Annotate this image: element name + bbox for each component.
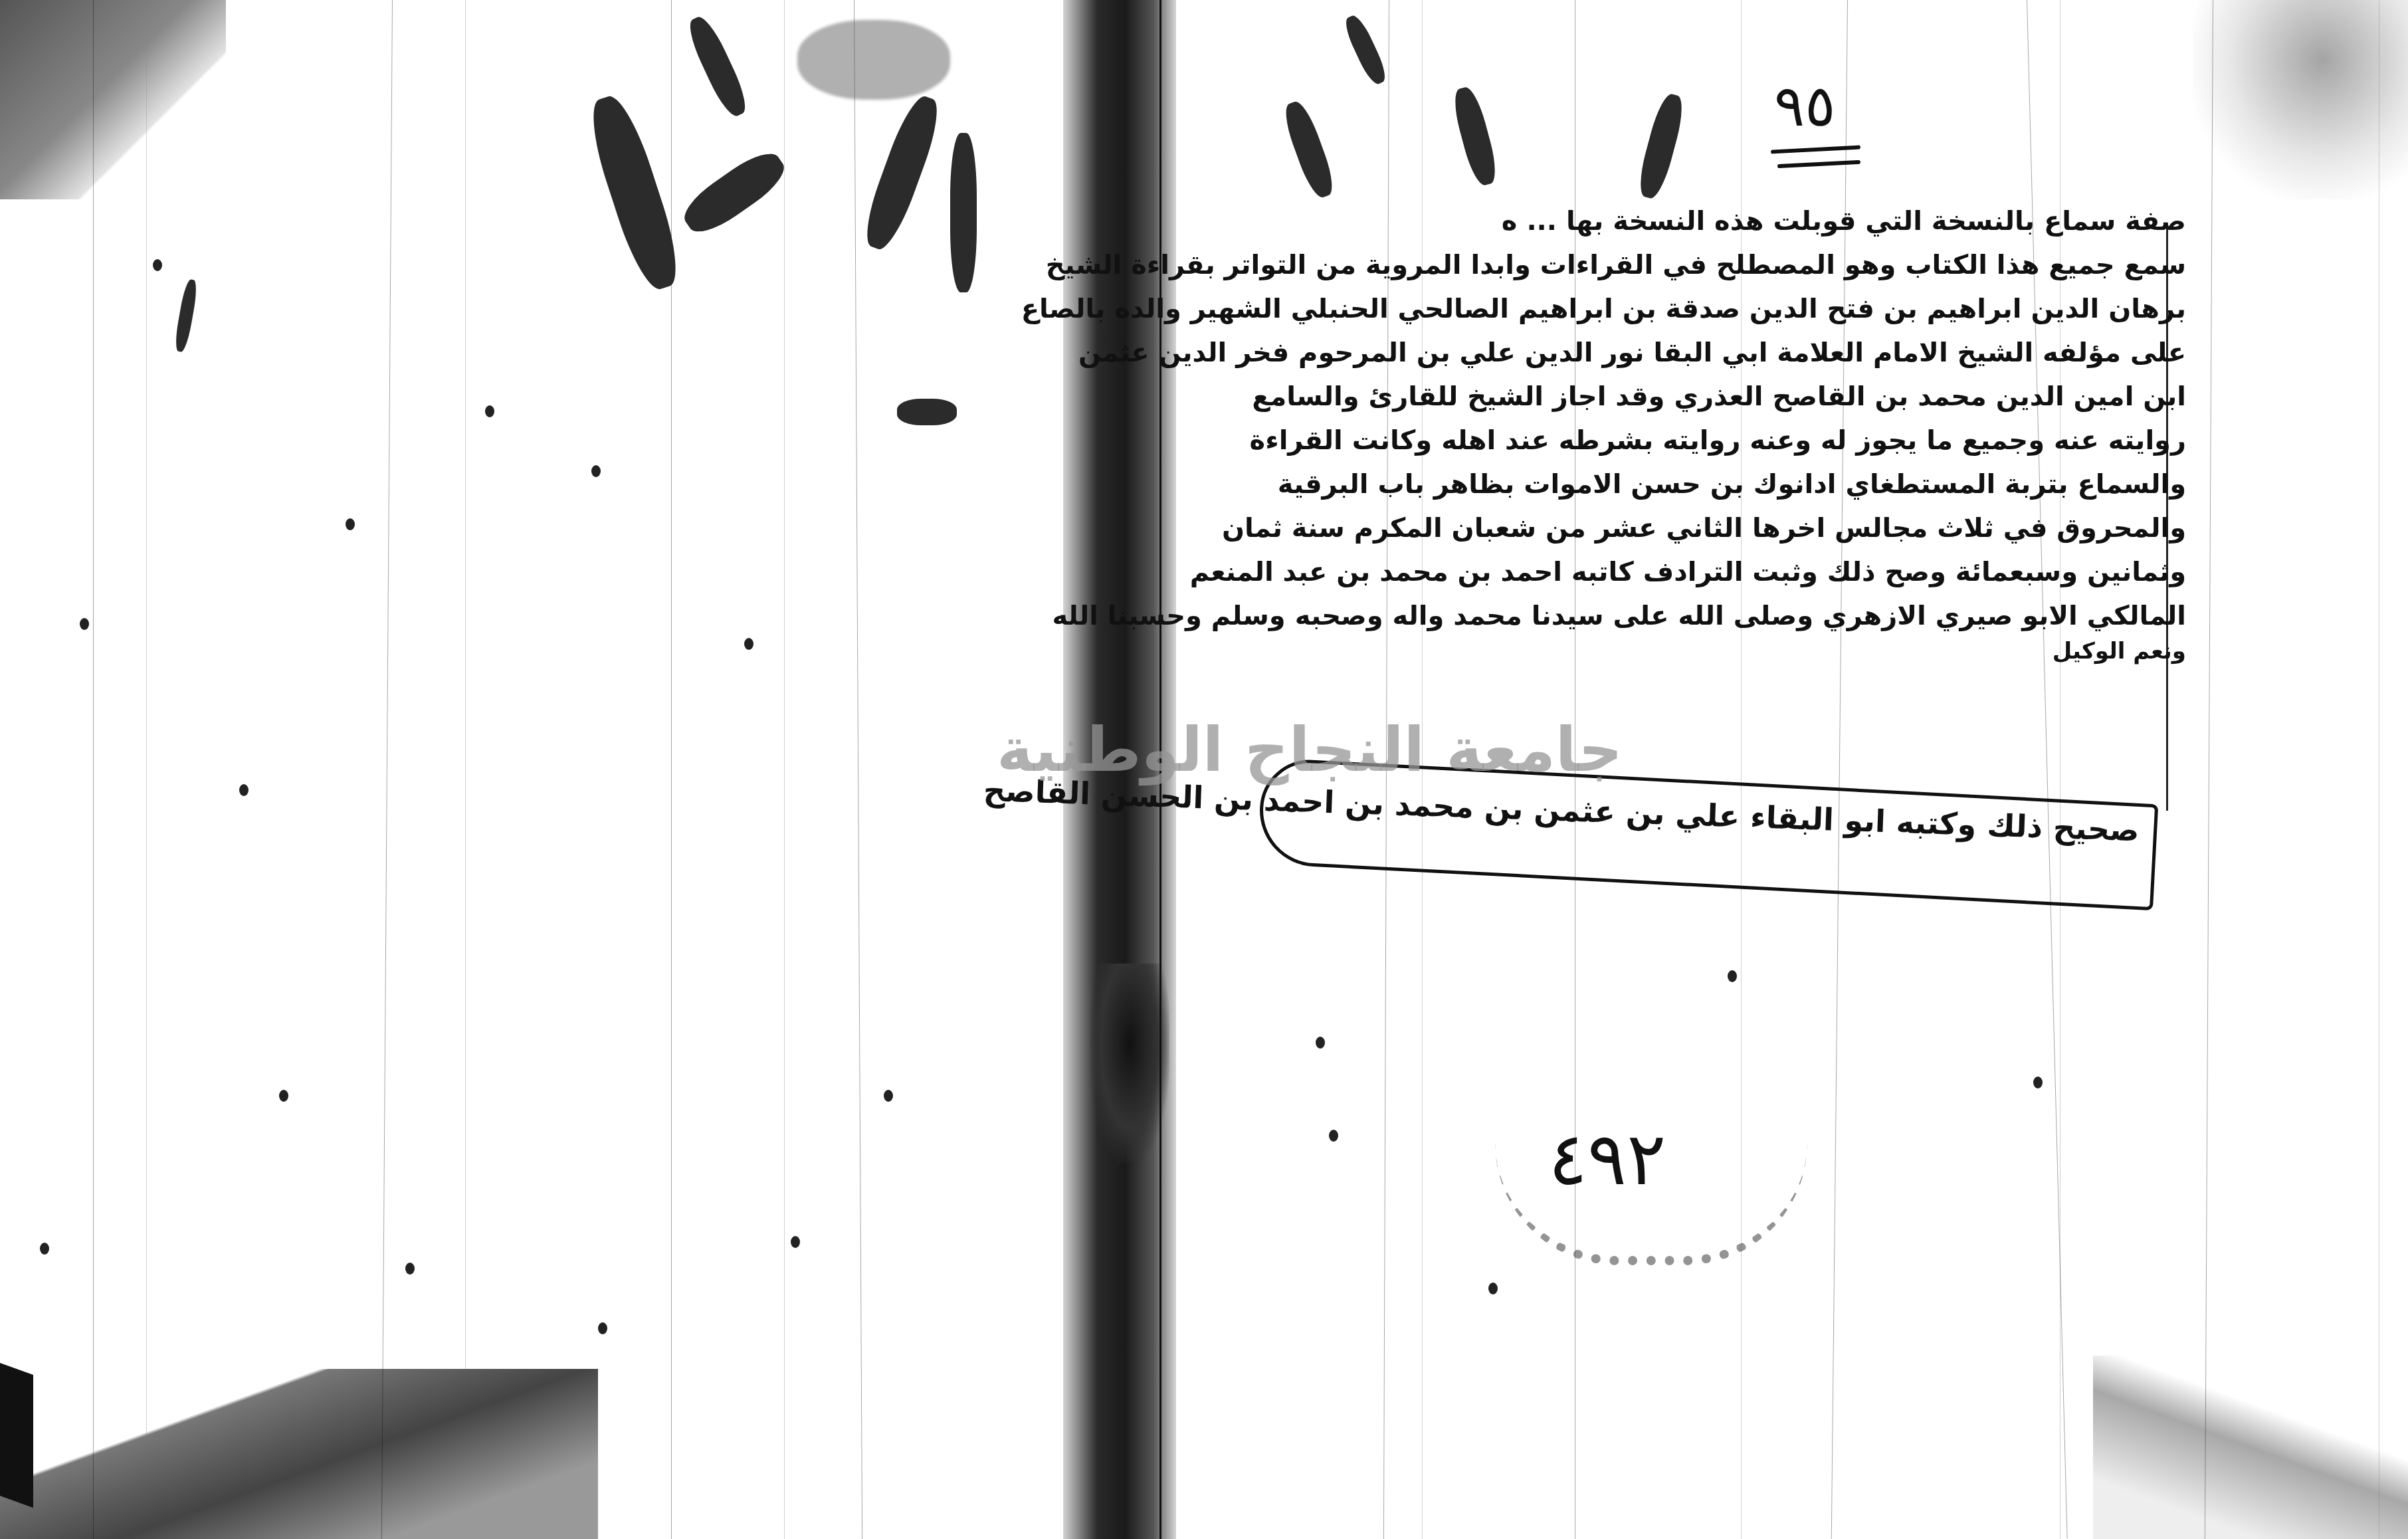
ink-spot	[1488, 1282, 1498, 1294]
note-line: ونعم الوكيل	[1262, 638, 2186, 665]
samaa-note: صفة سماع بالنسخة التي قوبلت هذه النسخة ب…	[1262, 199, 2186, 665]
ink-spot	[153, 259, 162, 271]
crease-line	[93, 0, 94, 1539]
note-line: والسماع بتربة المستطغاي ادانوك بن حسن ال…	[1262, 462, 2186, 506]
top-left-corner-shadow	[0, 0, 226, 199]
ink-spot	[485, 405, 494, 417]
bottom-right-page-edge	[2093, 1356, 2408, 1539]
crease-line	[671, 0, 672, 1539]
ink-spot	[884, 1090, 893, 1102]
note-line: على مؤلفه الشيخ الامام العلامة ابي البقا…	[1262, 331, 2186, 375]
note-line: برهان الدين ابراهيم بن فتح الدين صدقة بن…	[1262, 287, 2186, 331]
bottom-left-dark-edge	[0, 1363, 33, 1508]
folio-number: ٩٥	[1774, 73, 1835, 140]
ink-spot	[744, 638, 753, 650]
ink-spot	[40, 1243, 49, 1255]
library-watermark: جامعة النجاح الوطنية	[997, 714, 1623, 785]
note-line: والمحروق في ثلاث مجالس اخرها الثاني عشر …	[1262, 506, 2186, 550]
ink-spot	[1329, 1130, 1338, 1142]
ink-spot	[279, 1090, 288, 1102]
ink-spot	[1316, 1037, 1325, 1049]
ink-spot	[598, 1322, 607, 1334]
ink-stain	[950, 133, 977, 292]
note-line: ابن امين الدين محمد بن القاصح العذري وقد…	[1262, 375, 2186, 419]
note-line: سمع جميع هذا الكتاب وهو المصطلح في القرا…	[1262, 243, 2186, 287]
ink-smudge	[797, 20, 950, 100]
bottom-left-page-edge	[0, 1369, 598, 1539]
ink-spot	[405, 1263, 415, 1275]
ink-spot	[2033, 1077, 2043, 1088]
ink-spot	[239, 784, 249, 796]
ink-spot	[80, 618, 89, 630]
ink-spot	[791, 1236, 800, 1248]
ink-spot	[346, 518, 355, 530]
top-right-corner-stain	[2193, 0, 2408, 199]
manuscript-spread: ٩٥ صفة سماع بالنسخة التي قوبلت هذه النسخ…	[0, 0, 2408, 1539]
ink-spot	[591, 465, 601, 477]
ink-spot	[1728, 970, 1737, 982]
ink-stain	[897, 399, 957, 425]
note-line: روايته عنه وجميع ما يجوز له وعنه روايته …	[1262, 419, 2186, 462]
note-line: المالكي الابو صيري الازهري وصلى الله على…	[1262, 594, 2186, 638]
gutter-ink-blot	[1090, 964, 1169, 1163]
note-line: صفة سماع بالنسخة التي قوبلت هذه النسخة ب…	[1262, 199, 2186, 243]
note-line: وثمانين وسبعمائة وصح ذلك وثبت الترادف كا…	[1262, 550, 2186, 594]
